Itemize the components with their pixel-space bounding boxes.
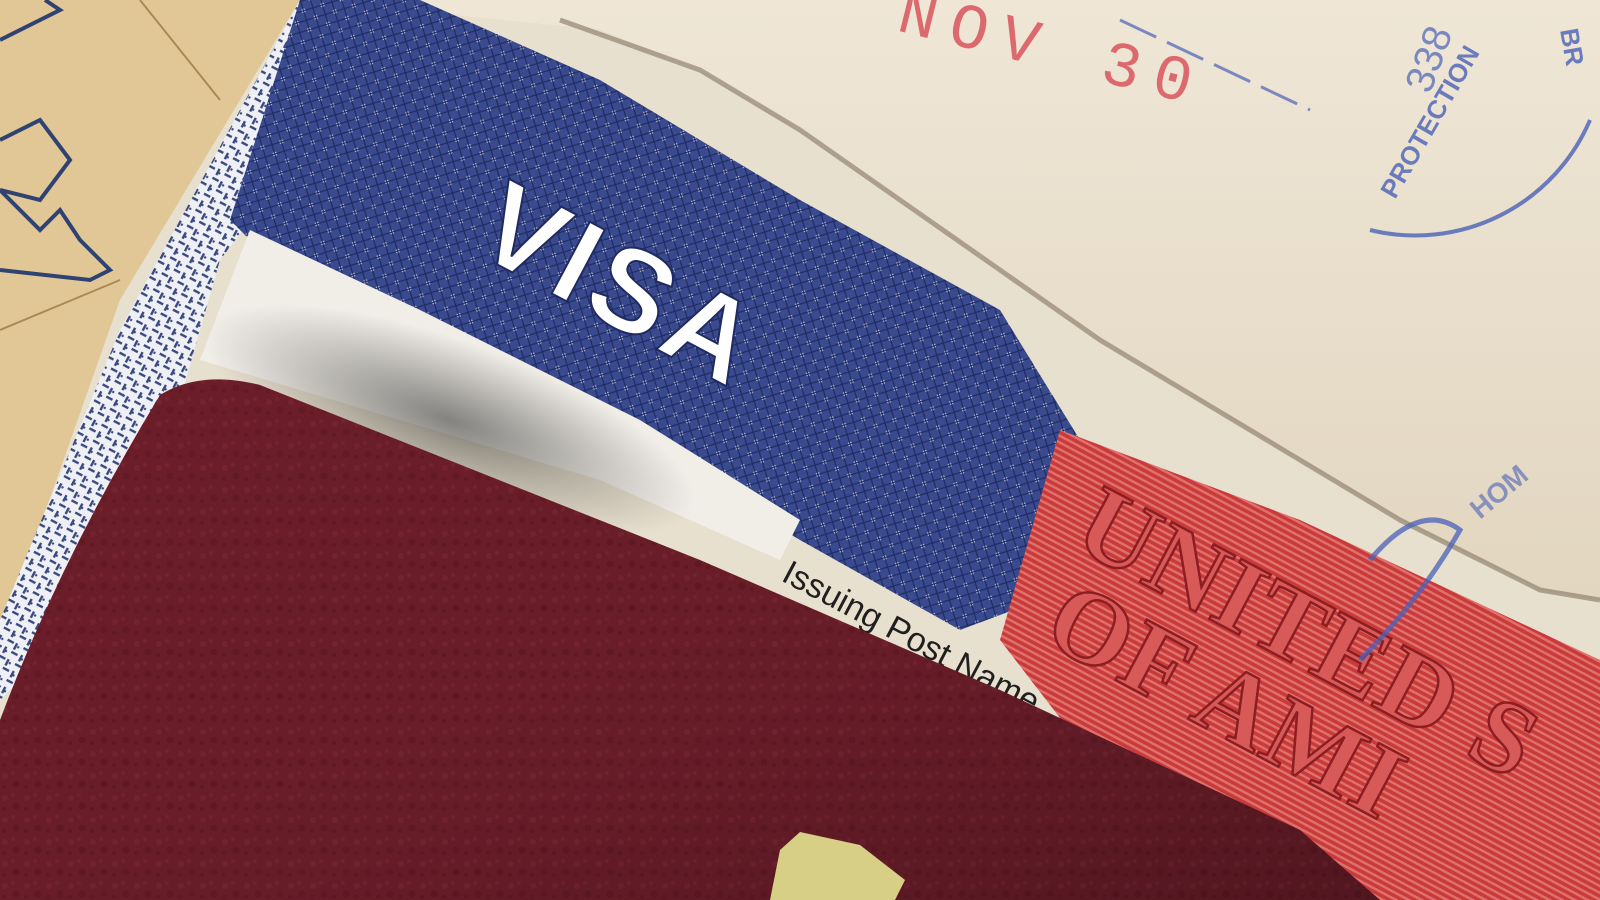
visa-photo: VISA UNITED S OF AMI Issuing Post Name N… — [0, 0, 1600, 900]
photo-scene: VISA UNITED S OF AMI Issuing Post Name N… — [0, 0, 1600, 900]
